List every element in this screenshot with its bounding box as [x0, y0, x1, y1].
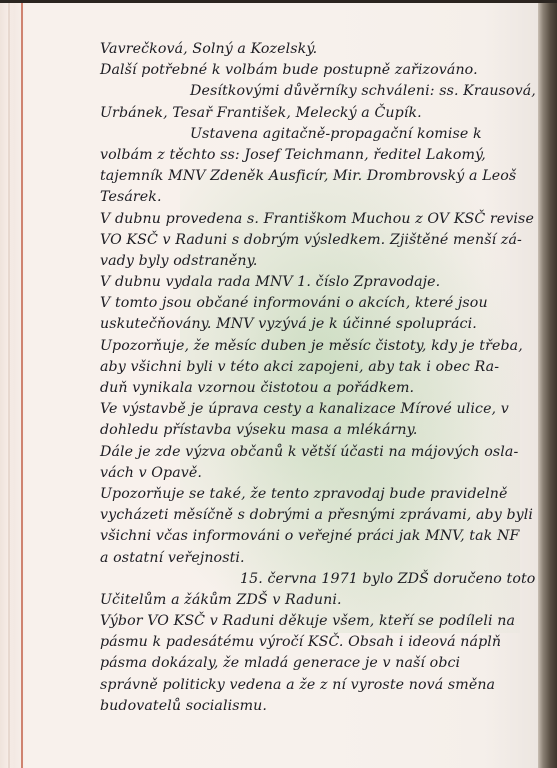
text-line: Dále je zde výzva občanů k větší účasti …	[100, 442, 530, 463]
text-line: pásmu k padesátému výročí KSČ. Obsah i i…	[100, 632, 530, 653]
chronicle-page: Vavrečková, Solný a Kozelský. Další potř…	[0, 3, 538, 768]
spine-fold	[8, 3, 10, 768]
book-binding-edge	[538, 3, 557, 768]
text-line: Desítkovými důvěrníky schváleni: ss. Kra…	[100, 81, 530, 102]
text-line: dohledu přístavba výseku masa a mlékárny…	[100, 420, 530, 441]
text-line: vách v Opavě.	[100, 463, 530, 484]
text-line: Tesárek.	[100, 187, 530, 208]
text-line: Urbánek, Tesař František, Melecký a Čupí…	[100, 103, 530, 124]
text-line: V tomto jsou občané informováni o akcích…	[100, 293, 530, 314]
text-line: Další potřebné k volbám bude postupně za…	[100, 60, 530, 81]
text-line: vycházeti měsíčně s dobrými a přesnými z…	[100, 505, 530, 526]
handwritten-text-block: Vavrečková, Solný a Kozelský. Další potř…	[100, 39, 530, 717]
red-margin-line	[21, 3, 23, 768]
text-line: správně politicky vedena a že z ní vyros…	[100, 675, 530, 696]
text-line: vady byly odstraněny.	[100, 251, 530, 272]
text-line: Učitelům a žákům ZDŠ v Raduni.	[100, 590, 530, 611]
text-line: Upozorňuje, že měsíc duben je měsíc čist…	[100, 336, 530, 357]
text-line: budovatelů socialismu.	[100, 696, 530, 717]
text-line: duň vynikala vzornou čistotou a pořádkem…	[100, 378, 530, 399]
text-line: tajemník MNV Zdeněk Ausficír, Mir. Dromb…	[100, 166, 530, 187]
text-line: V dubnu provedena s. Františkom Muchou z…	[100, 209, 530, 230]
text-line: pásma dokázaly, že mladá generace je v n…	[100, 653, 530, 674]
text-line: Ustavena agitačně-propagační komise k	[100, 124, 530, 145]
text-line: aby všichni byli v této akci zapojeni, a…	[100, 357, 530, 378]
text-line: 15. června 1971 bylo ZDŠ doručeno toto u…	[100, 569, 530, 590]
text-line: Výbor VO KSČ v Raduni děkuje všem, kteří…	[100, 611, 530, 632]
text-line: Ve výstavbě je úprava cesty a kanalizace…	[100, 399, 530, 420]
text-line: Vavrečková, Solný a Kozelský.	[100, 39, 530, 60]
text-line: a ostatní veřejnosti.	[100, 548, 530, 569]
text-line: Upozorňuje se také, že tento zpravodaj b…	[100, 484, 530, 505]
text-line: všichni včas informováni o veřejné práci…	[100, 526, 530, 547]
text-line: VO KSČ v Raduni s dobrým výsledkem. Zjiš…	[100, 230, 530, 251]
text-line: uskutečňovány. MNV vyzývá je k účinné sp…	[100, 314, 530, 335]
text-line: V dubnu vydala rada MNV 1. číslo Zpravod…	[100, 272, 530, 293]
text-line: volbám z těchto ss: Josef Teichmann, řed…	[100, 145, 530, 166]
